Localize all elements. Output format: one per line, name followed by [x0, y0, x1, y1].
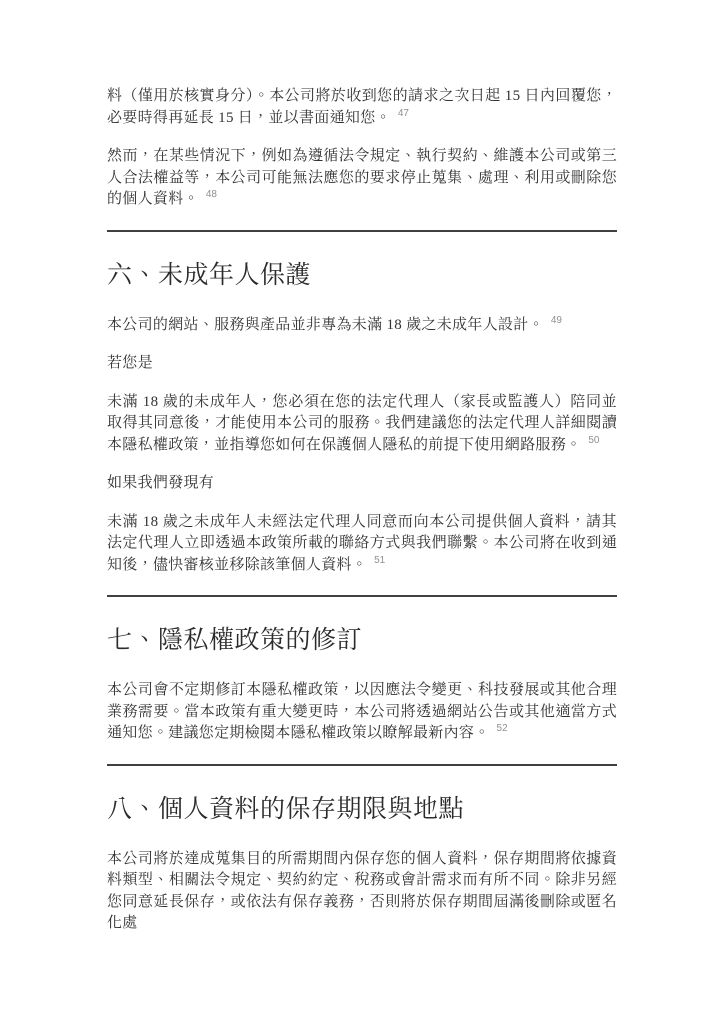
footnote-ref: 49 — [551, 315, 562, 326]
footnote-ref: 48 — [206, 189, 217, 200]
footnote-ref: 52 — [497, 723, 508, 734]
paragraph-text: 本公司會不定期修訂本隱私權政策，以因應法令變更、科技發展或其他合理業務需要。當本… — [107, 682, 617, 741]
paragraph: 本公司會不定期修訂本隱私權政策，以因應法令變更、科技發展或其他合理業務需要。當本… — [107, 680, 617, 745]
section-heading: 六、未成年人保護 — [107, 259, 617, 292]
paragraph-text: 未滿 18 歲之未成年人未經法定代理人同意而向本公司提供個人資料，請其法定代理人… — [107, 514, 617, 573]
section-divider — [107, 595, 617, 597]
paragraph: 若您是 — [107, 353, 617, 375]
paragraph-text: 本公司將於達成蒐集目的所需期間內保存您的個人資料，保存期間將依據資料類型、相關法… — [107, 851, 617, 932]
section-heading: 七、隱私權政策的修訂 — [107, 624, 617, 657]
footnote-ref: 47 — [398, 108, 409, 119]
paragraph: 本公司將於達成蒐集目的所需期間內保存您的個人資料，保存期間將依據資料類型、相關法… — [107, 849, 617, 935]
paragraph-text: 如果我們發現有 — [107, 475, 214, 491]
section-heading: 八、個人資料的保存期限與地點 — [107, 793, 617, 826]
footnote-ref: 51 — [374, 555, 385, 566]
document-page: 料（僅用於核實身分）。本公司將於收到您的請求之次日起 15 日內回覆您，必要時得… — [0, 0, 724, 1024]
paragraph: 未滿 18 歲之未成年人未經法定代理人同意而向本公司提供個人資料，請其法定代理人… — [107, 512, 617, 577]
section-divider — [107, 230, 617, 232]
paragraph-text: 若您是 — [107, 355, 153, 371]
section-divider — [107, 764, 617, 766]
document-content: 料（僅用於核實身分）。本公司將於收到您的請求之次日起 15 日內回覆您，必要時得… — [107, 86, 617, 935]
paragraph: 未滿 18 歲的未成年人，您必須在您的法定代理人（家長或監護人）陪同並取得其同意… — [107, 392, 617, 457]
paragraph: 本公司的網站、服務與產品並非專為未滿 18 歲之未成年人設計。49 — [107, 315, 617, 337]
footnote-ref: 50 — [588, 435, 599, 446]
paragraph: 料（僅用於核實身分）。本公司將於收到您的請求之次日起 15 日內回覆您，必要時得… — [107, 86, 617, 129]
paragraph: 然而，在某些情況下，例如為遵循法令規定、執行契約、維護本公司或第三人合法權益等，… — [107, 146, 617, 211]
paragraph-text: 未滿 18 歲的未成年人，您必須在您的法定代理人（家長或監護人）陪同並取得其同意… — [107, 394, 617, 453]
paragraph-text: 然而，在某些情況下，例如為遵循法令規定、執行契約、維護本公司或第三人合法權益等，… — [107, 148, 617, 207]
paragraph-text: 料（僅用於核實身分）。本公司將於收到您的請求之次日起 15 日內回覆您，必要時得… — [107, 88, 617, 126]
paragraph-text: 本公司的網站、服務與產品並非專為未滿 18 歲之未成年人設計。 — [107, 317, 544, 333]
paragraph: 如果我們發現有 — [107, 473, 617, 495]
